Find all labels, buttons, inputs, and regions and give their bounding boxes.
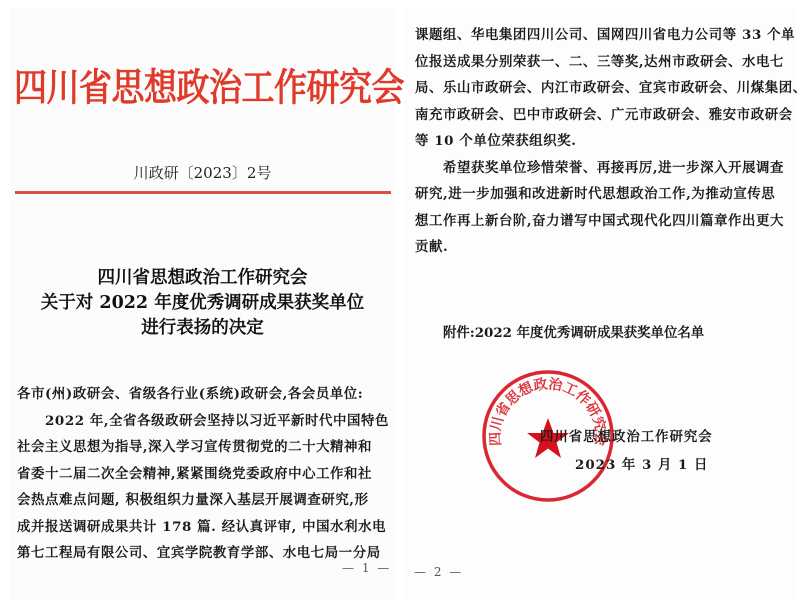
page-number: — 2 — [414,565,463,579]
document-masthead: 四川省思想政治工作研究会文件 [14,58,394,112]
signature-organization: 四川省思想政治工作研究会 [540,426,713,445]
document-number: 川政研〔2023〕2号 [10,162,395,183]
body-line: 贡献. [415,234,790,261]
body-line: 研究,进一步加强和改进新时代思想政治工作,为推动宣传思 [415,181,790,208]
body-line: 省委十二届二次全会精神,紧紧围绕党委政府中心工作和社 [17,461,392,488]
body-text-page-2: 课题组、华电集团四川公司、国网四川省电力公司等 33 个单 位报送成果分别荣获一… [415,22,790,261]
title-line: 关于对 2022 年度优秀调研成果获奖单位 [10,291,395,316]
body-line: 南充市政研会、巴中市政研会、广元市政研会、雅安市政研会 [415,102,790,129]
body-line: 局、乐山市政研会、内江市政研会、宜宾市政研会、川煤集团、 [415,75,790,102]
page-number: — 1 — [342,561,391,575]
body-line: 会热点难点问题, 积极组织力量深入基层开展调查研究,形 [17,487,392,514]
red-divider-line [15,191,391,194]
body-line: 成并报送调研成果共计 178 篇. 经认真评审, 中国水利水电 [17,514,392,541]
signature-date: 2023 年 3 月 1 日 [575,454,708,473]
attachment-note: 附件:2022 年度优秀调研成果获奖单位名单 [443,322,704,341]
body-line: 等 10 个单位荣获组织奖. [415,128,790,155]
salutation: 各市(州)政研会、省级各行业(系统)政研会,各会员单位: [17,381,392,408]
document-page-1: 四川省思想政治工作研究会文件 川政研〔2023〕2号 四川省思想政治工作研究会 … [10,8,395,600]
body-line: 位报送成果分别荣获一、二、三等奖,达州市政研会、水电七 [415,49,790,76]
title-line: 进行表扬的决定 [10,316,395,341]
body-line: 社会主义思想为指导,深入学习宣传贯彻党的二十大精神和 [17,434,392,461]
document-title: 四川省思想政治工作研究会 关于对 2022 年度优秀调研成果获奖单位 进行表扬的… [10,266,395,341]
body-line: 想工作再上新台阶,奋力谱写中国式现代化四川篇章作出更大 [415,208,790,235]
body-line: 第七工程局有限公司、宜宾学院教育学部、水电七局一分局 [17,540,392,567]
body-line: 希望获奖单位珍惜荣誉、再接再厉,进一步深入开展调查 [415,155,790,182]
body-line: 课题组、华电集团四川公司、国网四川省电力公司等 33 个单 [415,22,790,49]
title-line: 四川省思想政治工作研究会 [10,266,395,291]
body-line: 2022 年,全省各级政研会坚持以习近平新时代中国特色 [17,408,392,435]
document-page-2: 课题组、华电集团四川公司、国网四川省电力公司等 33 个单 位报送成果分别荣获一… [405,8,795,600]
body-text-page-1: 各市(州)政研会、省级各行业(系统)政研会,各会员单位: 2022 年,全省各级… [17,381,392,567]
